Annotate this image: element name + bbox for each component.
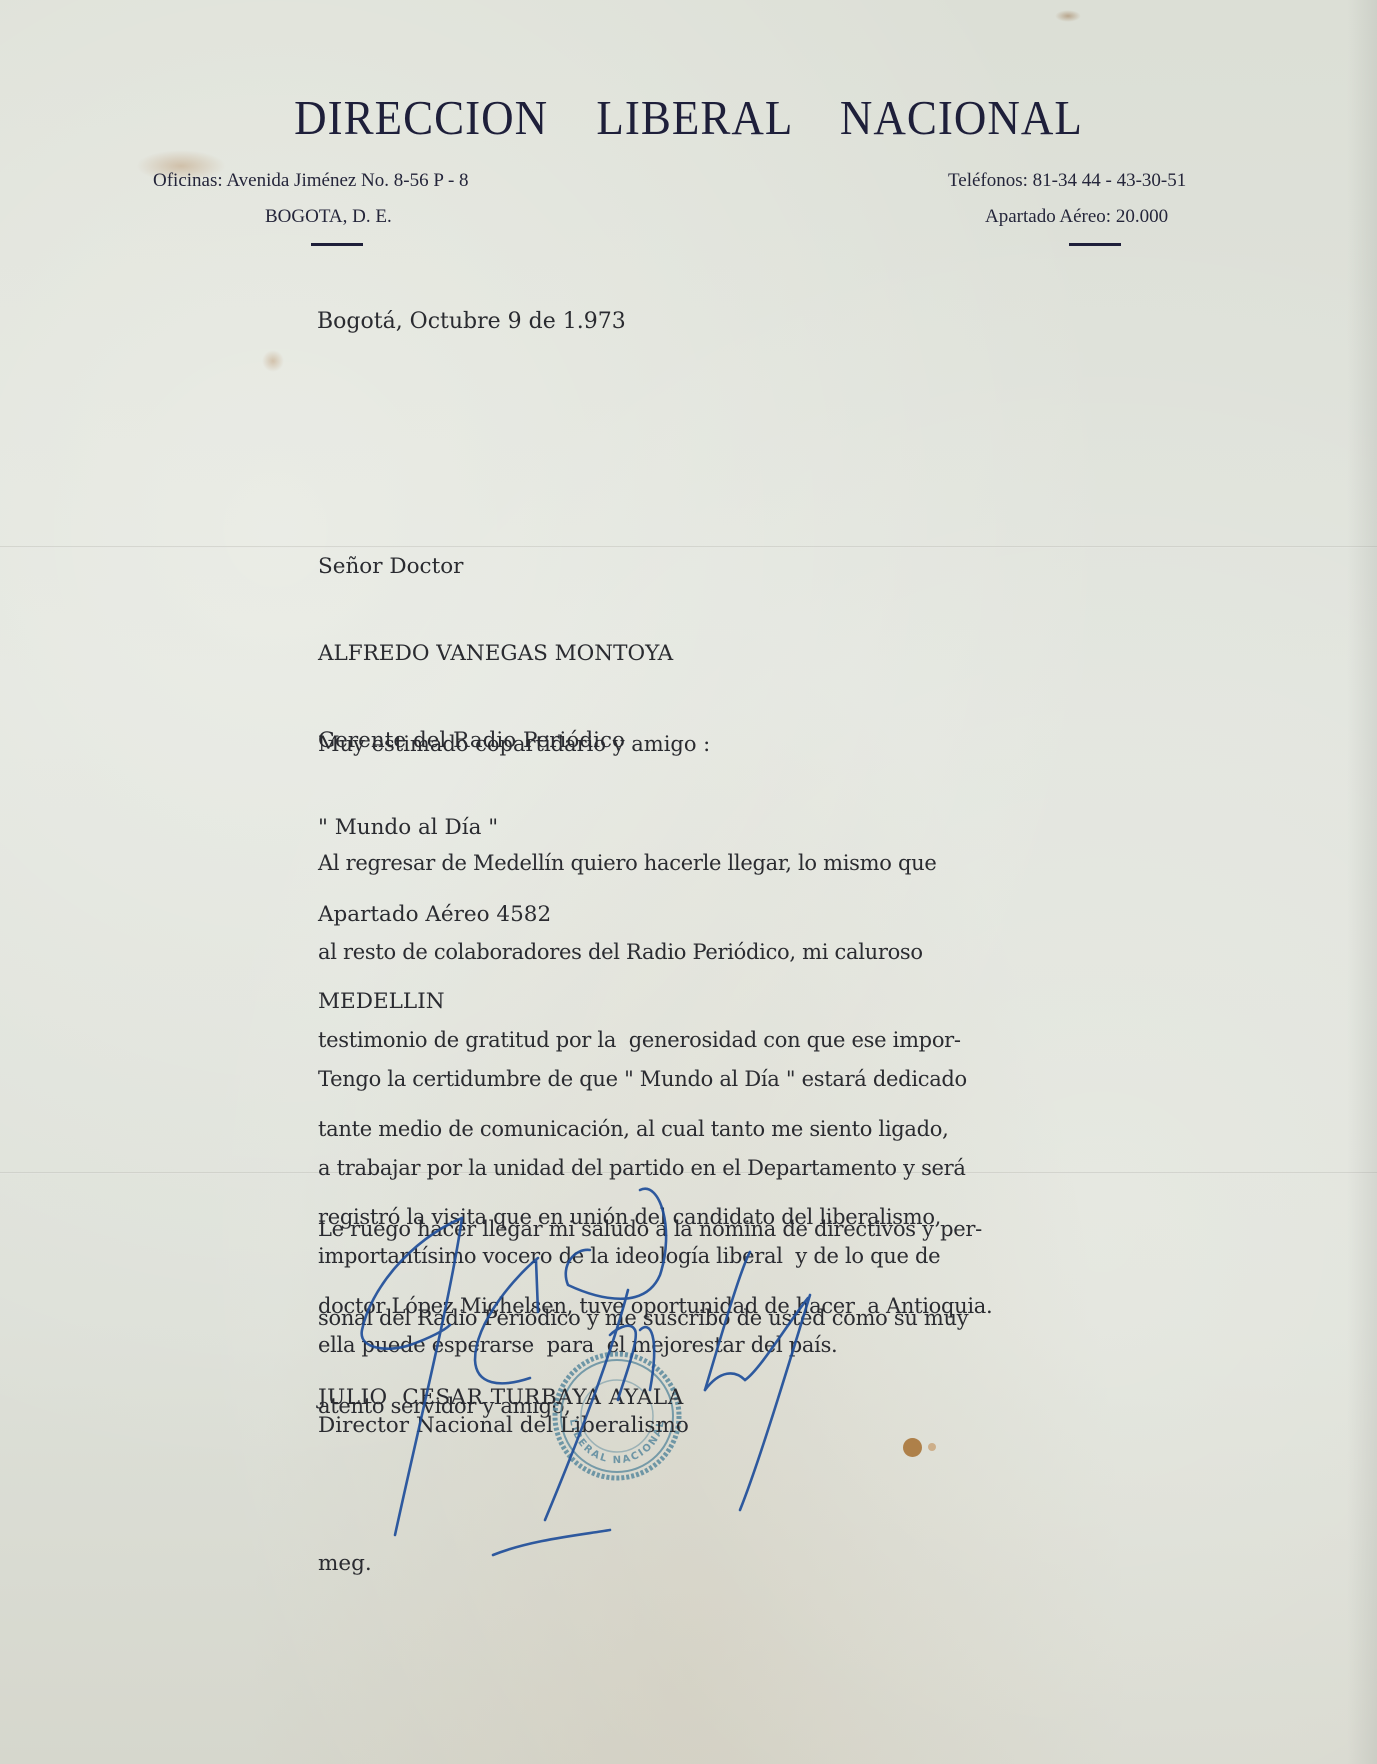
phone-numbers: Teléfonos: 81-34 44 - 43-30-51 xyxy=(948,170,1186,192)
signatory-title: Director Nacional del Liberalismo xyxy=(318,1413,689,1438)
signatory-name: JULIO CESAR TURBAYA AYALA xyxy=(318,1385,684,1410)
office-city: BOGOTA, D. E. xyxy=(265,206,392,228)
paragraph-line: Tengo la certidumbre de que " Mundo al D… xyxy=(318,1065,967,1095)
letterhead-rule xyxy=(311,243,363,246)
letterhead-title: DIRECCION LIBERAL NACIONAL xyxy=(0,90,1377,146)
paragraph-line: al resto de colaboradores del Radio Peri… xyxy=(318,938,992,968)
paragraph-line: Le ruego hacer llegar mi saludo a la nóm… xyxy=(318,1215,982,1245)
recipient-line: Señor Doctor xyxy=(318,552,673,581)
paragraph-line: sonal del Radio Periódico y me suscribo … xyxy=(318,1304,982,1334)
paragraph-line: Al regresar de Medellín quiero hacerle l… xyxy=(318,849,992,879)
age-stain xyxy=(262,350,284,372)
letter-date: Bogotá, Octubre 9 de 1.973 xyxy=(317,309,626,334)
po-box: Apartado Aéreo: 20.000 xyxy=(985,206,1168,228)
typist-initials: meg. xyxy=(318,1551,372,1576)
office-address: Oficinas: Avenida Jiménez No. 8-56 P - 8 xyxy=(153,170,469,192)
recipient-line: ALFREDO VANEGAS MONTOYA xyxy=(318,639,673,668)
fold-crease xyxy=(0,546,1377,548)
salutation: Muy estimado copartidario y amigo : xyxy=(318,732,710,756)
age-stain xyxy=(1055,10,1081,22)
letterhead-rule xyxy=(1069,243,1121,246)
